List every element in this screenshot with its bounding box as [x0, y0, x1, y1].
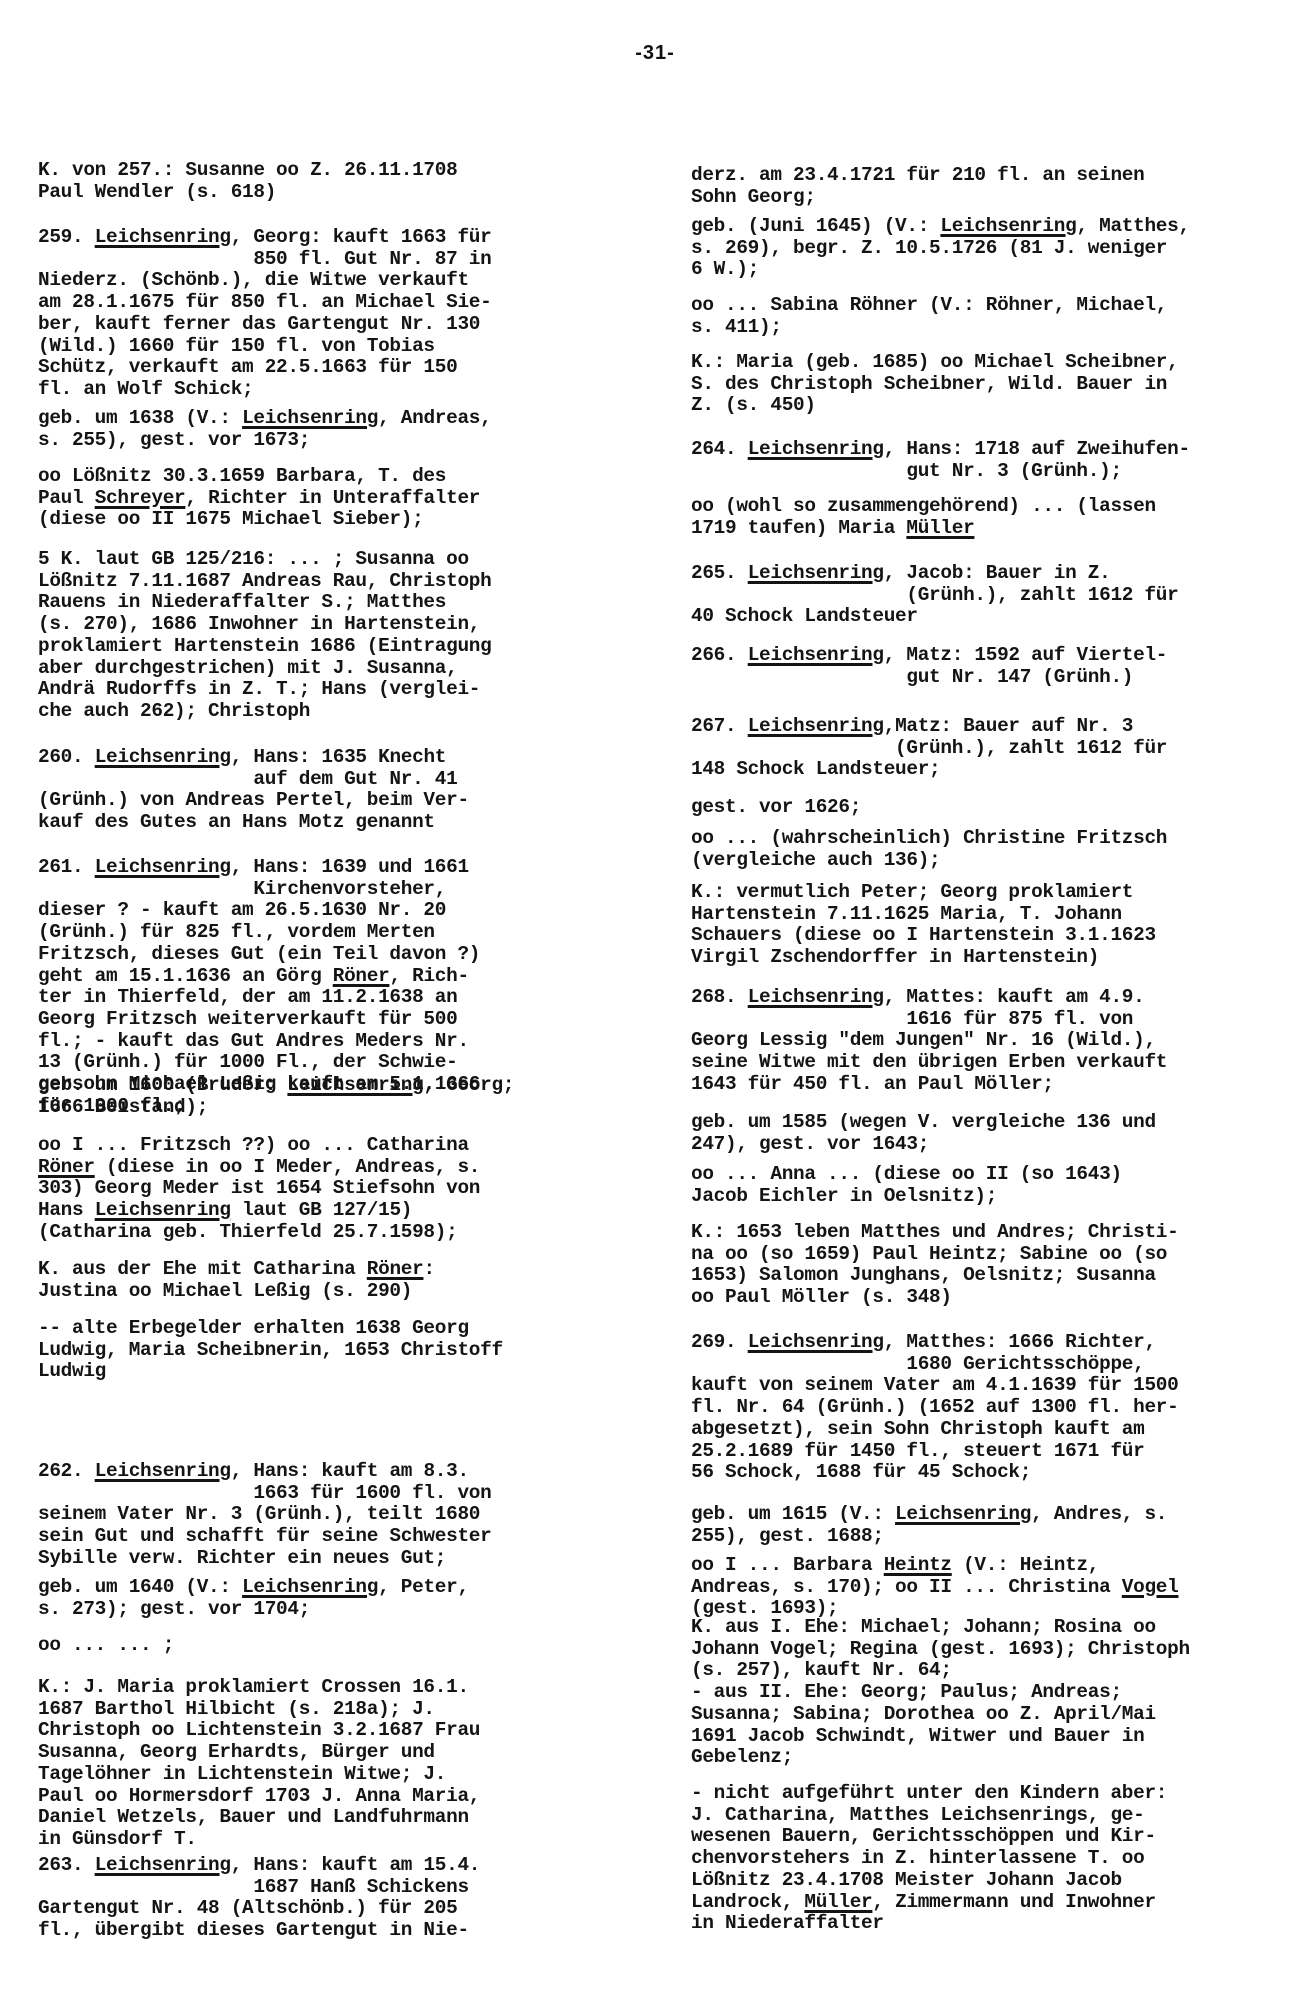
- text-paragraph: oo ... Anna ... (diese oo II (so 1643) J…: [691, 1164, 1122, 1207]
- entry-heading-paragraph: 263. Leichsenring, Hans: kauft am 15.4. …: [38, 1855, 480, 1942]
- underlined-name: Leichsenring: [748, 562, 884, 584]
- underlined-name: Leichsenring: [95, 226, 231, 248]
- underlined-name: Leichsenring: [748, 1331, 884, 1353]
- text-paragraph: oo ... (wahrscheinlich) Christine Fritzs…: [691, 828, 1167, 871]
- entry-heading-paragraph: 269. Leichsenring, Matthes: 1666 Richter…: [691, 1332, 1178, 1484]
- text-paragraph: geb. um 1585 (wegen V. vergleiche 136 un…: [691, 1112, 1156, 1155]
- underlined-name: Leichsenring: [940, 215, 1076, 237]
- text-paragraph: K. von 257.: Susanne oo Z. 26.11.1708 Pa…: [38, 160, 457, 203]
- text-paragraph: geb. um 1640 (V.: Leichsenring, Peter, s…: [38, 1577, 469, 1620]
- text-paragraph: oo ... Sabina Röhner (V.: Röhner, Michae…: [691, 295, 1167, 338]
- underlined-name: Leichsenring: [287, 1074, 423, 1096]
- text-paragraph: K. aus I. Ehe: Michael; Johann; Rosina o…: [691, 1617, 1190, 1769]
- underlined-name: Röner: [367, 1258, 424, 1280]
- entry-heading-paragraph: 264. Leichsenring, Hans: 1718 auf Zweihu…: [691, 439, 1190, 482]
- text-paragraph: geb. um 1615 (V.: Leichsenring, Andres, …: [691, 1504, 1167, 1547]
- underlined-name: Vogel: [1122, 1576, 1179, 1598]
- text-paragraph: geb. um 1638 (V.: Leichsenring, Andreas,…: [38, 408, 491, 451]
- entry-heading-paragraph: 268. Leichsenring, Mattes: kauft am 4.9.…: [691, 987, 1167, 1096]
- underlined-name: Müller: [804, 1891, 872, 1913]
- text-paragraph: oo I ... Fritzsch ??) oo ... Catharina R…: [38, 1135, 480, 1244]
- underlined-name: Leichsenring: [242, 407, 378, 429]
- text-paragraph: -- alte Erbegelder erhalten 1638 Georg L…: [38, 1318, 503, 1383]
- underlined-name: Leichsenring: [95, 856, 231, 878]
- text-paragraph: K.: vermutlich Peter; Georg proklamiert …: [691, 882, 1156, 969]
- page-number: -31-: [0, 42, 1310, 65]
- underlined-name: Leichsenring: [242, 1576, 378, 1598]
- underlined-name: Heintz: [884, 1554, 952, 1576]
- text-paragraph: 5 K. laut GB 125/216: ... ; Susanna oo L…: [38, 549, 491, 723]
- text-paragraph: geb. um 1600 (Bruder: Leichsenring, Geor…: [38, 1075, 514, 1118]
- text-paragraph: geb. (Juni 1645) (V.: Leichsenring, Matt…: [691, 216, 1190, 281]
- underlined-name: Leichsenring: [748, 715, 884, 737]
- entry-heading-paragraph: 267. Leichsenring,Matz: Bauer auf Nr. 3 …: [691, 716, 1167, 781]
- underlined-name: Schreyer: [95, 487, 186, 509]
- text-paragraph: gest. vor 1626;: [691, 797, 861, 819]
- underlined-name: Leichsenring: [95, 746, 231, 768]
- text-paragraph: oo I ... Barbara Heintz (V.: Heintz, And…: [691, 1555, 1178, 1620]
- text-paragraph: - nicht aufgeführt unter den Kindern abe…: [691, 1783, 1167, 1935]
- underlined-name: Röner: [38, 1156, 95, 1178]
- text-paragraph: oo ... ... ;: [38, 1635, 174, 1657]
- underlined-name: Leichsenring: [95, 1854, 231, 1876]
- entry-heading-paragraph: 265. Leichsenring, Jacob: Bauer in Z. (G…: [691, 563, 1178, 628]
- underlined-name: Leichsenring: [748, 438, 884, 460]
- text-paragraph: oo (wohl so zusammengehörend) ... (lasse…: [691, 496, 1156, 539]
- underlined-name: Leichsenring: [748, 644, 884, 666]
- text-paragraph: K.: Maria (geb. 1685) oo Michael Scheibn…: [691, 352, 1178, 417]
- text-paragraph: oo Lößnitz 30.3.1659 Barbara, T. des Pau…: [38, 466, 480, 531]
- entry-heading-paragraph: 262. Leichsenring, Hans: kauft am 8.3. 1…: [38, 1461, 491, 1570]
- underlined-name: Röner: [333, 965, 390, 987]
- text-paragraph: K. aus der Ehe mit Catharina Röner: Just…: [38, 1259, 435, 1302]
- text-paragraph: K.: 1653 leben Matthes und Andres; Chris…: [691, 1222, 1178, 1309]
- underlined-name: Leichsenring: [895, 1503, 1031, 1525]
- underlined-name: Leichsenring: [95, 1460, 231, 1482]
- text-paragraph: derz. am 23.4.1721 für 210 fl. an seinen…: [691, 165, 1144, 208]
- entry-heading-paragraph: 266. Leichsenring, Matz: 1592 auf Vierte…: [691, 645, 1167, 688]
- entry-heading-paragraph: 260. Leichsenring, Hans: 1635 Knecht auf…: [38, 747, 469, 834]
- underlined-name: Müller: [906, 517, 974, 539]
- entry-heading-paragraph: 259. Leichsenring, Georg: kauft 1663 für…: [38, 227, 491, 401]
- text-paragraph: K.: J. Maria proklamiert Crossen 16.1. 1…: [38, 1677, 480, 1851]
- underlined-name: Leichsenring: [748, 986, 884, 1008]
- underlined-name: Leichsenring: [95, 1199, 231, 1221]
